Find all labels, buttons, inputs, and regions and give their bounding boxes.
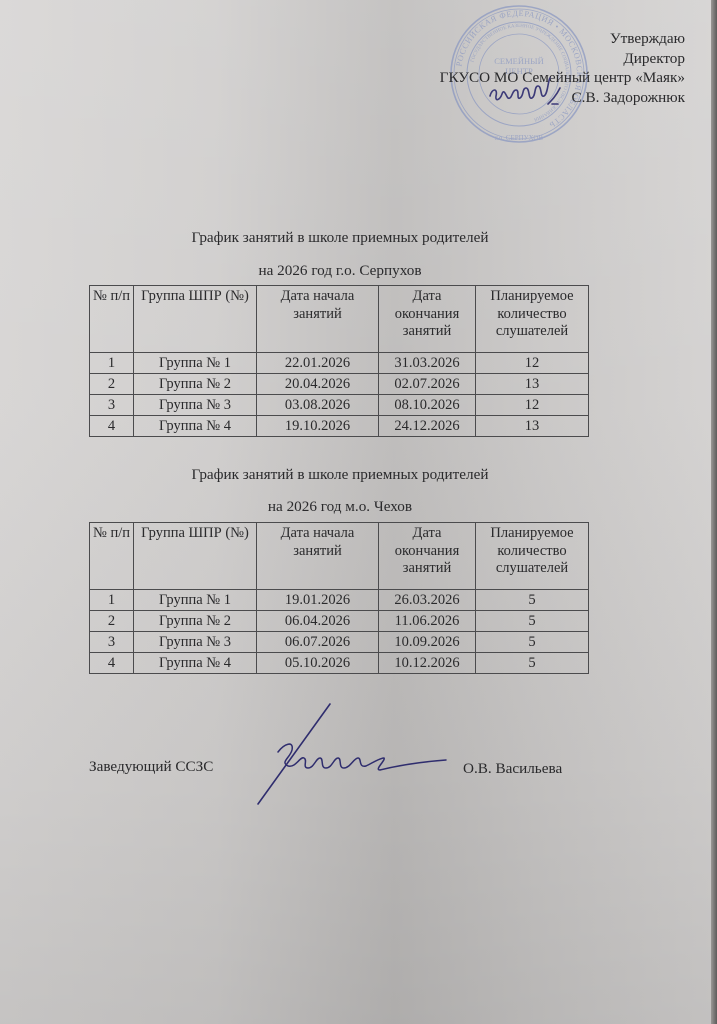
- cell-planned-count: 5: [476, 653, 589, 674]
- cell-planned-count: 12: [476, 353, 589, 374]
- cell-planned-count: 5: [476, 611, 589, 632]
- cell-end-date: 10.12.2026: [379, 653, 476, 674]
- approver-position: Директор: [440, 49, 685, 69]
- cell-number: 1: [90, 590, 134, 611]
- cell-group: Группа № 4: [134, 653, 257, 674]
- cell-group: Группа № 2: [134, 374, 257, 395]
- header-planned-count: Планируемое количество слушателей: [476, 523, 589, 590]
- cell-number: 2: [90, 374, 134, 395]
- cell-planned-count: 12: [476, 395, 589, 416]
- head-signature: [250, 700, 470, 810]
- header-end-date: Дата окончания занятий: [379, 286, 476, 353]
- signatory-role: Заведующий ССЗС: [89, 758, 213, 776]
- schedule-subtitle-chekhov: на 2026 год м.о. Чехов: [0, 498, 680, 516]
- page-edge-shadow: [711, 0, 717, 1024]
- approval-label: Утверждаю: [440, 29, 685, 49]
- table-row: 3 Группа № 3 03.08.2026 08.10.2026 12: [90, 395, 589, 416]
- cell-planned-count: 13: [476, 416, 589, 437]
- cell-planned-count: 5: [476, 590, 589, 611]
- table-row: 1 Группа № 1 19.01.2026 26.03.2026 5: [90, 590, 589, 611]
- cell-end-date: 31.03.2026: [379, 353, 476, 374]
- svg-text:г.о. СЕРПУХОВ: г.о. СЕРПУХОВ: [495, 134, 543, 142]
- cell-start-date: 06.04.2026: [257, 611, 379, 632]
- cell-start-date: 19.01.2026: [257, 590, 379, 611]
- header-planned-count: Планируемое количество слушателей: [476, 286, 589, 353]
- table-row: 2 Группа № 2 06.04.2026 11.06.2026 5: [90, 611, 589, 632]
- cell-end-date: 08.10.2026: [379, 395, 476, 416]
- cell-group: Группа № 1: [134, 590, 257, 611]
- cell-start-date: 06.07.2026: [257, 632, 379, 653]
- signatory-name: О.В. Васильева: [463, 760, 562, 778]
- cell-planned-count: 13: [476, 374, 589, 395]
- cell-number: 3: [90, 632, 134, 653]
- table-header-row: № п/п Группа ШПР (№) Дата начала занятий…: [90, 286, 589, 353]
- header-number: № п/п: [90, 286, 134, 353]
- cell-end-date: 10.09.2026: [379, 632, 476, 653]
- cell-group: Группа № 2: [134, 611, 257, 632]
- cell-number: 3: [90, 395, 134, 416]
- cell-start-date: 05.10.2026: [257, 653, 379, 674]
- table-row: 3 Группа № 3 06.07.2026 10.09.2026 5: [90, 632, 589, 653]
- table-row: 1 Группа № 1 22.01.2026 31.03.2026 12: [90, 353, 589, 374]
- header-start-date: Дата начала занятий: [257, 523, 379, 590]
- director-signature: [486, 74, 566, 110]
- table-row: 2 Группа № 2 20.04.2026 02.07.2026 13: [90, 374, 589, 395]
- cell-number: 4: [90, 653, 134, 674]
- cell-number: 1: [90, 353, 134, 374]
- table-row: 4 Группа № 4 19.10.2026 24.12.2026 13: [90, 416, 589, 437]
- cell-group: Группа № 3: [134, 395, 257, 416]
- schedule-table-chekhov: № п/п Группа ШПР (№) Дата начала занятий…: [89, 522, 589, 674]
- schedule-subtitle-serpukhov: на 2026 год г.о. Серпухов: [0, 262, 680, 280]
- cell-start-date: 19.10.2026: [257, 416, 379, 437]
- table-row: 4 Группа № 4 05.10.2026 10.12.2026 5: [90, 653, 589, 674]
- schedule-title-serpukhov: График занятий в школе приемных родителе…: [0, 229, 680, 247]
- header-end-date: Дата окончания занятий: [379, 523, 476, 590]
- cell-planned-count: 5: [476, 632, 589, 653]
- cell-group: Группа № 1: [134, 353, 257, 374]
- cell-start-date: 03.08.2026: [257, 395, 379, 416]
- cell-end-date: 26.03.2026: [379, 590, 476, 611]
- cell-group: Группа № 4: [134, 416, 257, 437]
- header-group: Группа ШПР (№): [134, 286, 257, 353]
- schedule-title-chekhov: График занятий в школе приемных родителе…: [0, 466, 680, 484]
- cell-start-date: 22.01.2026: [257, 353, 379, 374]
- cell-group: Группа № 3: [134, 632, 257, 653]
- cell-end-date: 11.06.2026: [379, 611, 476, 632]
- cell-end-date: 02.07.2026: [379, 374, 476, 395]
- cell-end-date: 24.12.2026: [379, 416, 476, 437]
- cell-start-date: 20.04.2026: [257, 374, 379, 395]
- cell-number: 4: [90, 416, 134, 437]
- table-header-row: № п/п Группа ШПР (№) Дата начала занятий…: [90, 523, 589, 590]
- cell-number: 2: [90, 611, 134, 632]
- schedule-table-serpukhov: № п/п Группа ШПР (№) Дата начала занятий…: [89, 285, 589, 437]
- header-start-date: Дата начала занятий: [257, 286, 379, 353]
- header-number: № п/п: [90, 523, 134, 590]
- header-group: Группа ШПР (№): [134, 523, 257, 590]
